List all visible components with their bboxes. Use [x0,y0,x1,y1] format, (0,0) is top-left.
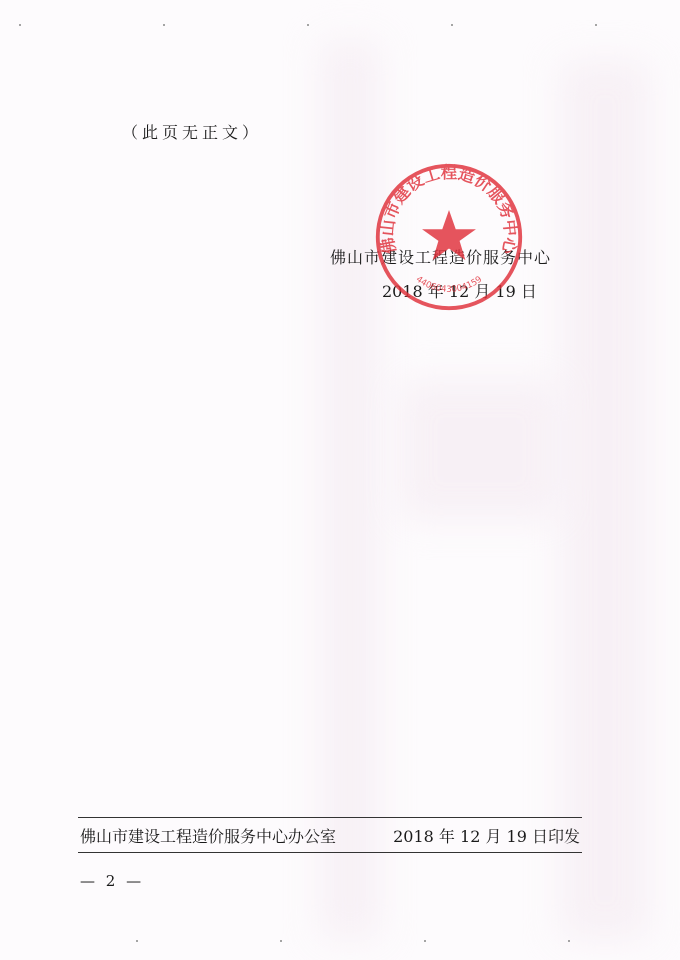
punch-mark [595,24,597,26]
scan-bleed [560,60,650,940]
page-number: — 2 — [80,872,144,890]
official-seal-icon: 佛山市建设工程造价服务中心 4406043004159 [372,160,526,314]
footer-issuer: 佛山市建设工程造价服务中心办公室 [80,824,336,847]
seal-code: 4406043004159 [414,275,484,295]
punch-mark [568,940,570,942]
punch-mark [163,24,165,26]
punch-mark [19,24,21,26]
footer-bottom-rule [78,852,582,853]
footer-issue-date: 2018 年 12 月 19 日印发 [393,824,580,847]
svg-text:4406043004159: 4406043004159 [414,275,484,295]
punch-mark [280,940,282,942]
footer-top-rule [78,817,582,818]
punch-mark [307,24,309,26]
no-body-note: （此页无正文） [122,120,262,143]
scan-bleed [400,380,560,520]
scan-bleed [320,40,380,940]
punch-mark [136,940,138,942]
punch-mark [424,940,426,942]
punch-mark [451,24,453,26]
